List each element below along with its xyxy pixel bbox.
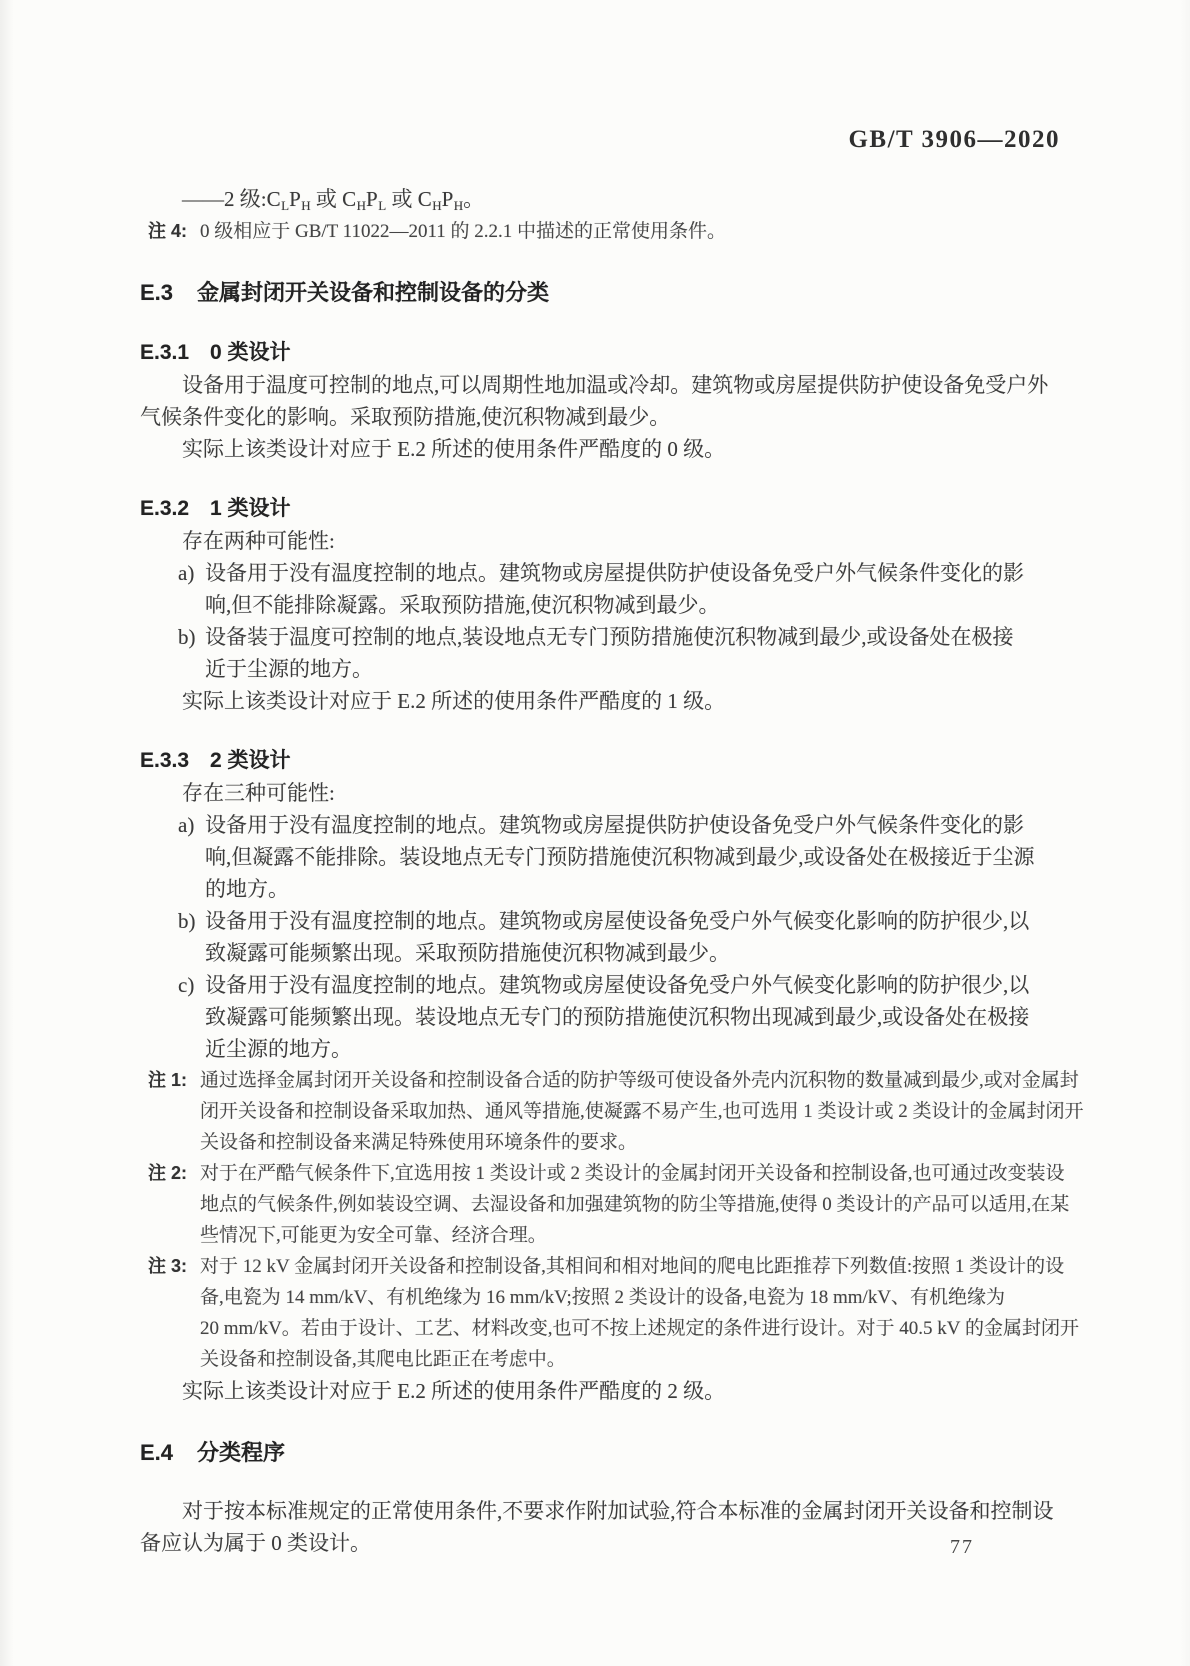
note-marker: 注 4:: [148, 216, 187, 247]
document-page: GB/T 3906—2020 ——2 级:CLPH 或 CHPL 或 CHPH。…: [0, 0, 1190, 1666]
note-line: 备,电瓷为 14 mm/kV、有机绝缘为 16 mm/kV;按照 2 类设计的设…: [200, 1282, 1065, 1313]
heading-title: 0 类设计: [210, 341, 291, 364]
formula-term: CHPH: [418, 187, 463, 211]
heading-title: 分类程序: [197, 1440, 285, 1465]
note-text: 0 级相应于 GB/T 11022—2011 的 2.2.1 中描述的正常使用条…: [200, 221, 726, 242]
text-line: 致凝露可能频繁出现。装设地点无专门的预防措施使沉积物出现减到最少,或设备处在极接: [205, 1001, 1065, 1033]
lead-line: 存在三种可能性:: [140, 777, 1065, 809]
e31-paragraph: 设备用于温度可控制的地点,可以周期性地加温或冷却。建筑物或房屋提供防护使设备免受…: [140, 369, 1065, 465]
text-line: 的地方。: [205, 873, 1065, 905]
text-line: 设备用于没有温度控制的地点。建筑物或房屋使设备免受户外气候变化影响的防护很少,以: [205, 905, 1065, 937]
text-line: 实际上该类设计对应于 E.2 所述的使用条件严酷度的 1 级。: [140, 685, 1065, 717]
e33-body: 存在三种可能性: a) 设备用于没有温度控制的地点。建筑物或房屋提供防护使设备免…: [140, 777, 1065, 1407]
text-line: 设备装于温度可控制的地点,装设地点无专门预防措施使沉积物减到最少,或设备处在极接: [205, 621, 1065, 653]
class-label: 2 级:: [224, 187, 267, 211]
formula-separator: 或: [386, 187, 418, 211]
note-line: 闭开关设备和控制设备采取加热、通风等措施,使凝露不易产生,也可选用 1 类设计或…: [200, 1096, 1065, 1127]
page-number: 77: [950, 1536, 974, 1559]
note-line: 通过选择金属封闭开关设备和控制设备合适的防护等级可使设备外壳内沉积物的数量减到最…: [200, 1065, 1065, 1096]
text-line: 近于尘源的地方。: [205, 653, 1065, 685]
note-line: 些情况下,可能更为安全可靠、经济合理。: [200, 1220, 1065, 1251]
note-line: 对于 12 kV 金属封闭开关设备和控制设备,其相间和相对地间的爬电比距推荐下列…: [200, 1251, 1065, 1282]
note-line: 关设备和控制设备来满足特殊使用环境条件的要求。: [200, 1127, 1065, 1158]
e4-paragraph: 对于按本标准规定的正常使用条件,不要求作附加试验,符合本标准的金属封闭开关设备和…: [140, 1495, 1065, 1559]
text-line: 设备用于温度可控制的地点,可以周期性地加温或冷却。建筑物或房屋提供防护使设备免受…: [140, 369, 1065, 401]
formula-end-punct: 。: [463, 187, 484, 211]
text-line: 近尘源的地方。: [205, 1033, 1065, 1065]
subsection-heading-e31: E.3.10 类设计: [140, 337, 1065, 369]
list-marker: c): [178, 969, 194, 1001]
list-item-b: b) 设备装于温度可控制的地点,装设地点无专门预防措施使沉积物减到最少,或设备处…: [140, 621, 1065, 685]
text-line: 设备用于没有温度控制的地点。建筑物或房屋提供防护使设备免受户外气候条件变化的影: [205, 557, 1065, 589]
text-line: 致凝露可能频繁出现。采取预防措施使沉积物减到最少。: [205, 937, 1065, 969]
subsection-heading-e33: E.3.32 类设计: [140, 745, 1065, 777]
e32-body: 存在两种可能性: a) 设备用于没有温度控制的地点。建筑物或房屋提供防护使设备免…: [140, 525, 1065, 717]
dash: ——: [182, 187, 224, 211]
heading-number: E.3.3: [140, 745, 189, 777]
note-marker: 注 3:: [148, 1251, 187, 1282]
heading-title: 金属封闭开关设备和控制设备的分类: [197, 280, 549, 305]
section-heading-e4: E.4分类程序: [140, 1437, 1065, 1469]
text-line: 实际上该类设计对应于 E.2 所述的使用条件严酷度的 0 级。: [140, 433, 1065, 465]
list-marker: a): [178, 809, 194, 841]
list-item-c: c) 设备用于没有温度控制的地点。建筑物或房屋使设备免受户外气候变化影响的防护很…: [140, 969, 1065, 1065]
text-line: 响,但不能排除凝露。采取预防措施,使沉积物减到最少。: [205, 589, 1065, 621]
note-marker: 注 2:: [148, 1158, 187, 1189]
note-2: 注 2: 对于在严酷气候条件下,宜选用按 1 类设计或 2 类设计的金属封闭开关…: [140, 1158, 1065, 1251]
note-4: 注 4: 0 级相应于 GB/T 11022—2011 的 2.2.1 中描述的…: [140, 216, 1065, 247]
text-line: 备应认为属于 0 类设计。: [140, 1527, 1065, 1559]
heading-title: 2 类设计: [210, 749, 291, 772]
formula-term: CLPH: [267, 187, 311, 211]
note-3: 注 3: 对于 12 kV 金属封闭开关设备和控制设备,其相间和相对地间的爬电比…: [140, 1251, 1065, 1375]
text-line: 对于按本标准规定的正常使用条件,不要求作附加试验,符合本标准的金属封闭开关设备和…: [140, 1495, 1065, 1527]
text-line: 响,但凝露不能排除。装设地点无专门预防措施使沉积物减到最少,或设备处在极接近于尘…: [205, 841, 1065, 873]
text-line: 设备用于没有温度控制的地点。建筑物或房屋提供防护使设备免受户外气候条件变化的影: [205, 809, 1065, 841]
heading-number: E.3.1: [140, 337, 189, 369]
list-item-a: a) 设备用于没有温度控制的地点。建筑物或房屋提供防护使设备免受户外气候条件变化…: [140, 809, 1065, 905]
heading-title: 1 类设计: [210, 497, 291, 520]
list-item-b: b) 设备用于没有温度控制的地点。建筑物或房屋使设备免受户外气候变化影响的防护很…: [140, 905, 1065, 969]
subsection-heading-e32: E.3.21 类设计: [140, 493, 1065, 525]
note-line: 20 mm/kV。若由于设计、工艺、材料改变,也可不按上述规定的条件进行设计。对…: [200, 1313, 1065, 1344]
note-1: 注 1: 通过选择金属封闭开关设备和控制设备合适的防护等级可使设备外壳内沉积物的…: [140, 1065, 1065, 1158]
heading-number: E.3.2: [140, 493, 189, 525]
list-marker: a): [178, 557, 194, 589]
list-marker: b): [178, 905, 196, 937]
text-line: 实际上该类设计对应于 E.2 所述的使用条件严酷度的 2 级。: [140, 1375, 1065, 1407]
formula-term: CHPL: [342, 187, 386, 211]
note-marker: 注 1:: [148, 1065, 187, 1096]
heading-number: E.4: [140, 1437, 173, 1469]
standard-number: GB/T 3906—2020: [0, 126, 1060, 154]
note-line: 对于在严酷气候条件下,宜选用按 1 类设计或 2 类设计的金属封闭开关设备和控制…: [200, 1158, 1065, 1189]
class-2-formula-line: ——2 级:CLPH 或 CHPL 或 CHPH。: [140, 183, 1065, 215]
section-heading-e3: E.3金属封闭开关设备和控制设备的分类: [140, 277, 1065, 309]
formula-separator: 或: [311, 187, 343, 211]
note-line: 关设备和控制设备,其爬电比距正在考虑中。: [200, 1344, 1065, 1375]
note-line: 地点的气候条件,例如装设空调、去湿设备和加强建筑物的防尘等措施,使得 0 类设计…: [200, 1189, 1065, 1220]
page-content: ——2 级:CLPH 或 CHPL 或 CHPH。 注 4: 0 级相应于 GB…: [140, 183, 1065, 1559]
text-line: 气候条件变化的影响。采取预防措施,使沉积物减到最少。: [140, 401, 1065, 433]
list-marker: b): [178, 621, 196, 653]
heading-number: E.3: [140, 277, 173, 309]
lead-line: 存在两种可能性:: [140, 525, 1065, 557]
list-item-a: a) 设备用于没有温度控制的地点。建筑物或房屋提供防护使设备免受户外气候条件变化…: [140, 557, 1065, 621]
text-line: 设备用于没有温度控制的地点。建筑物或房屋使设备免受户外气候变化影响的防护很少,以: [205, 969, 1065, 1001]
